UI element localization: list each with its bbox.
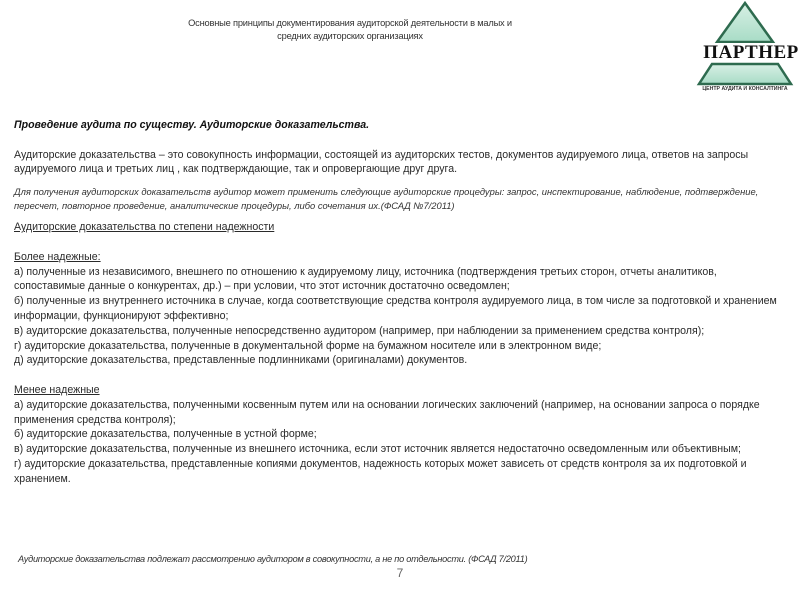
reliability-title: Аудиторские доказательства по степени на…	[14, 220, 790, 235]
document-body: Проведение аудита по существу. Аудиторск…	[14, 118, 790, 487]
definition-paragraph: Аудиторские доказательства – это совокуп…	[14, 148, 790, 178]
list-item: в) аудиторские доказательства, полученны…	[14, 324, 790, 339]
list-item: б) полученные из внутреннего источника в…	[14, 294, 790, 324]
less-reliable-list: а) аудиторские доказательства, полученны…	[14, 398, 790, 487]
list-item: г) аудиторские доказательства, полученны…	[14, 339, 790, 354]
less-reliable-title: Менее надежные	[14, 383, 790, 398]
list-item: г) аудиторские доказательства, представл…	[14, 457, 790, 487]
section-heading: Проведение аудита по существу. Аудиторск…	[14, 118, 790, 133]
header-title-line-1: Основные принципы документирования аудит…	[150, 17, 550, 30]
partner-logo: ПАРТНЕР ЦЕНТР АУДИТА И КОНСАЛТИНГА	[690, 0, 800, 100]
list-item: а) аудиторские доказательства, полученны…	[14, 398, 790, 428]
list-item: б) аудиторские доказательства, полученны…	[14, 427, 790, 442]
more-reliable-list: а) полученные из независимого, внешнего …	[14, 265, 790, 369]
logo-name: ПАРТНЕР	[702, 43, 800, 62]
list-item: д) аудиторские доказательства, представл…	[14, 353, 790, 368]
more-reliable-title: Более надежные:	[14, 250, 790, 265]
document-header-title: Основные принципы документирования аудит…	[150, 17, 550, 43]
logo-subtitle: ЦЕНТР АУДИТА И КОНСАЛТИНГА	[692, 86, 798, 92]
footer-note: Аудиторские доказательства подлежат расс…	[18, 554, 798, 564]
page-number: 7	[390, 566, 410, 580]
list-item: а) полученные из независимого, внешнего …	[14, 265, 790, 295]
list-item: в) аудиторские доказательства, полученны…	[14, 442, 790, 457]
procedures-note: Для получения аудиторских доказательств …	[14, 185, 790, 212]
header-title-line-2: средних аудиторских организациях	[150, 30, 550, 43]
